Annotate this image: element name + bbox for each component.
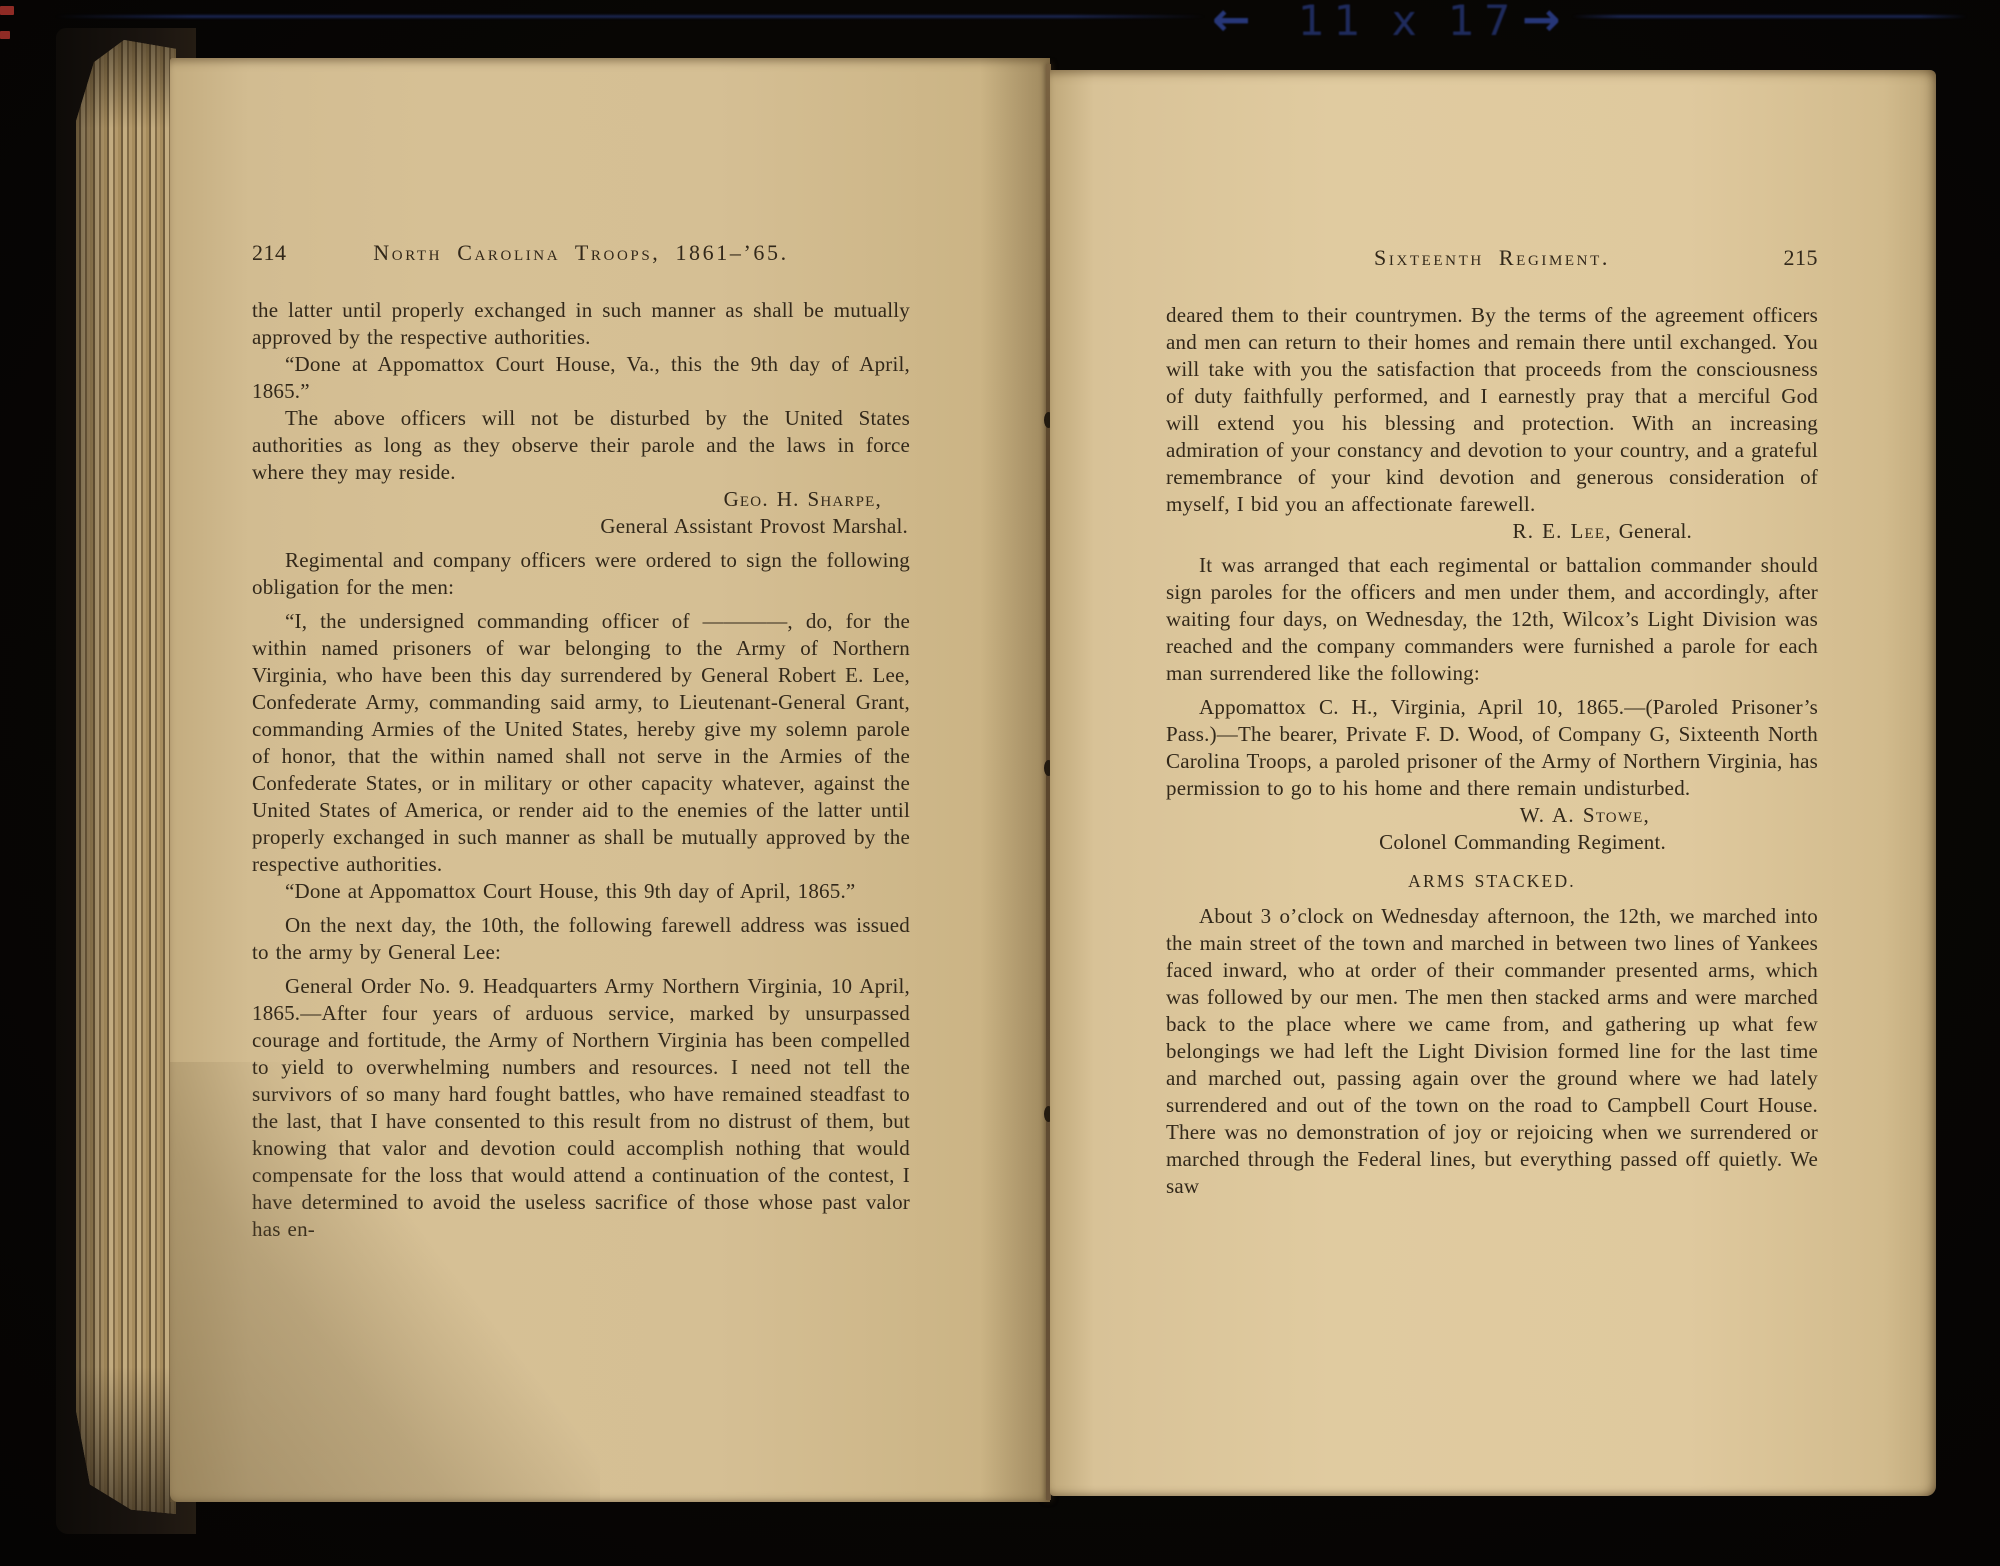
signature-name: W. A. Stowe, xyxy=(1166,802,1818,829)
paragraph: Regimental and company officers were ord… xyxy=(252,547,910,601)
left-page: 214 North Carolina Troops, 1861–’65. the… xyxy=(170,58,1050,1502)
signature-block: Geo. H. Sharpe, General Assistant Provos… xyxy=(252,486,910,540)
right-running-title: Sixteenth Regiment. xyxy=(1236,245,1748,271)
signature-name: Geo. H. Sharpe, xyxy=(252,486,910,513)
scanner-size-label: 11 x 17 xyxy=(1298,0,1519,45)
right-page: Sixteenth Regiment. 215 deared them to t… xyxy=(1050,70,1936,1496)
scanner-guide: ← 11 x 17 → xyxy=(0,0,2000,60)
left-page-header: 214 North Carolina Troops, 1861–’65. xyxy=(252,240,910,266)
paragraph: It was arranged that each regimental or … xyxy=(1166,552,1818,687)
film-mark-icon xyxy=(0,6,14,15)
guide-line-right xyxy=(1572,15,1967,18)
page-edges xyxy=(76,40,176,1514)
paragraph: About 3 o’clock on Wednesday afternoon, … xyxy=(1166,903,1818,1200)
right-page-header: Sixteenth Regiment. 215 xyxy=(1166,245,1818,271)
book-scan-photo: ← 11 x 17 → 214 North Carolina Troops, 1… xyxy=(0,0,2000,1566)
right-page-column: Sixteenth Regiment. 215 deared them to t… xyxy=(1166,245,1818,1200)
signature-title: Colonel Commanding Regiment. xyxy=(1166,829,1818,856)
signature-title: General. xyxy=(1619,519,1692,543)
right-page-text: deared them to their countrymen. By the … xyxy=(1166,302,1818,1200)
right-arrow-icon: → xyxy=(1522,0,1561,46)
left-running-title: North Carolina Troops, 1861–’65. xyxy=(322,240,840,266)
paragraph: “Done at Appomattox Court House, this 9t… xyxy=(252,878,910,905)
paragraph: “Done at Appomattox Court House, Va., th… xyxy=(252,351,910,405)
section-heading: ARMS STACKED. xyxy=(1166,868,1818,895)
left-arrow-icon: ← xyxy=(1212,0,1251,46)
film-mark-icon xyxy=(0,31,10,39)
guide-line-left xyxy=(55,15,1205,18)
paragraph: the latter until properly exchanged in s… xyxy=(252,297,910,351)
paragraph: Appomattox C. H., Virginia, April 10, 18… xyxy=(1166,694,1818,802)
paragraph: The above officers will not be disturbed… xyxy=(252,405,910,486)
left-page-number: 214 xyxy=(252,240,322,266)
right-page-number: 215 xyxy=(1748,245,1818,271)
paragraph: deared them to their countrymen. By the … xyxy=(1166,302,1818,518)
signature-title: General Assistant Provost Marshal. xyxy=(252,513,910,540)
paragraph: “I, the undersigned commanding officer o… xyxy=(252,608,910,878)
signature-name: R. E. Lee, xyxy=(1512,519,1611,543)
paragraph: General Order No. 9. Headquarters Army N… xyxy=(252,973,910,1243)
left-page-text: the latter until properly exchanged in s… xyxy=(252,297,910,1243)
signature-block: W. A. Stowe, Colonel Commanding Regiment… xyxy=(1166,802,1818,856)
left-page-column: 214 North Carolina Troops, 1861–’65. the… xyxy=(252,240,910,1243)
signature-block: R. E. Lee, General. xyxy=(1166,518,1818,545)
paragraph: On the next day, the 10th, the following… xyxy=(252,912,910,966)
